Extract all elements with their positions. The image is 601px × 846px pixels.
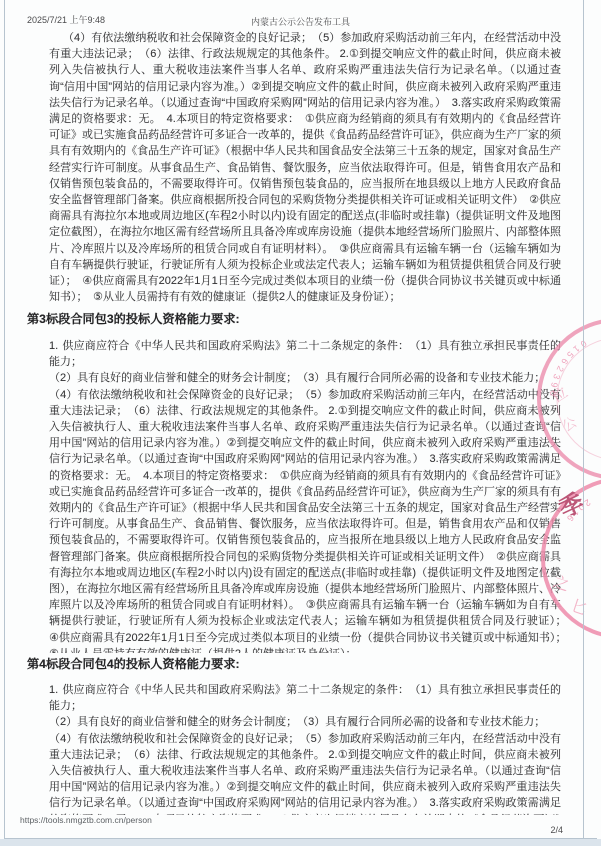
requirement-segment: （4）有依法缴纳税收和社会保障资金的良好记录； （5）参加政府采购活动前三年内，… [49, 731, 561, 815]
document-page: 2025/7/21 上午9:48 内蒙古公示公告发布工具 （4）有依法缴纳税收和… [0, 0, 601, 846]
page-border-right [583, 0, 584, 838]
svg-text:2016: 2016 [563, 497, 592, 525]
section4-heading: 第4标段合同包4的投标人资格能力要求: [27, 655, 240, 672]
section4-requirements: 1.供应商应符合《中华人民共和国政府采购法》第二十二条规定的条件： （1）具有独… [49, 682, 561, 815]
viewport-background [0, 839, 601, 846]
seal2-rim-digits: 2016 [563, 497, 592, 525]
requirement-text: 供应商应符合《中华人民共和国政府采购法》第二十二条规定的条件： （1）具有独立承… [49, 684, 561, 712]
requirement-segment: 1.供应商应符合《中华人民共和国政府采购法》第二十二条规定的条件： （1）具有独… [49, 338, 561, 370]
requirement-segment: （2）具有良好的商业信誉和健全的财务会计制度； （3）具有履行合同所必需的设备和… [49, 370, 561, 386]
section3-heading: 第3标段合同包3的投标人资格能力要求: [27, 310, 240, 327]
print-header: 2025/7/21 上午9:48 内蒙古公示公告发布工具 [0, 13, 601, 27]
requirement-segment: （4）有依法缴纳税收和社会保障资金的良好记录； （5）参加政府采购活动前三年内，… [49, 387, 561, 653]
list-item-number: 1. [49, 684, 58, 696]
section3-requirements: 1.供应商应符合《中华人民共和国政府采购法》第二十二条规定的条件： （1）具有独… [49, 338, 561, 653]
seal1-inner-char: 公 [559, 414, 579, 435]
requirement-segment: （2）具有良好的商业信誉和健全的财务会计制度； （3）具有履行合同所必需的设备和… [49, 714, 561, 730]
list-item-number: 1. [49, 340, 58, 352]
page-number: 2/4 [550, 825, 563, 835]
seal1-inner-ring [557, 338, 601, 460]
page-title: 内蒙古公示公告发布工具 [0, 15, 601, 28]
seal2-char: 匕 [569, 597, 590, 619]
continuation-paragraph: （4）有依法缴纳税收和社会保障资金的良好记录； （5）参加政府采购活动前三年内，… [49, 30, 561, 310]
requirement-segment: 1.供应商应符合《中华人民共和国政府采购法》第二十二条规定的条件： （1）具有独… [49, 682, 561, 714]
footer-url: https://tools.nmgztb.com.cn/person [20, 815, 152, 825]
page-border-left [4, 0, 5, 838]
requirement-text: 供应商应符合《中华人民共和国政府采购法》第二十二条规定的条件： （1）具有独立承… [49, 340, 561, 368]
